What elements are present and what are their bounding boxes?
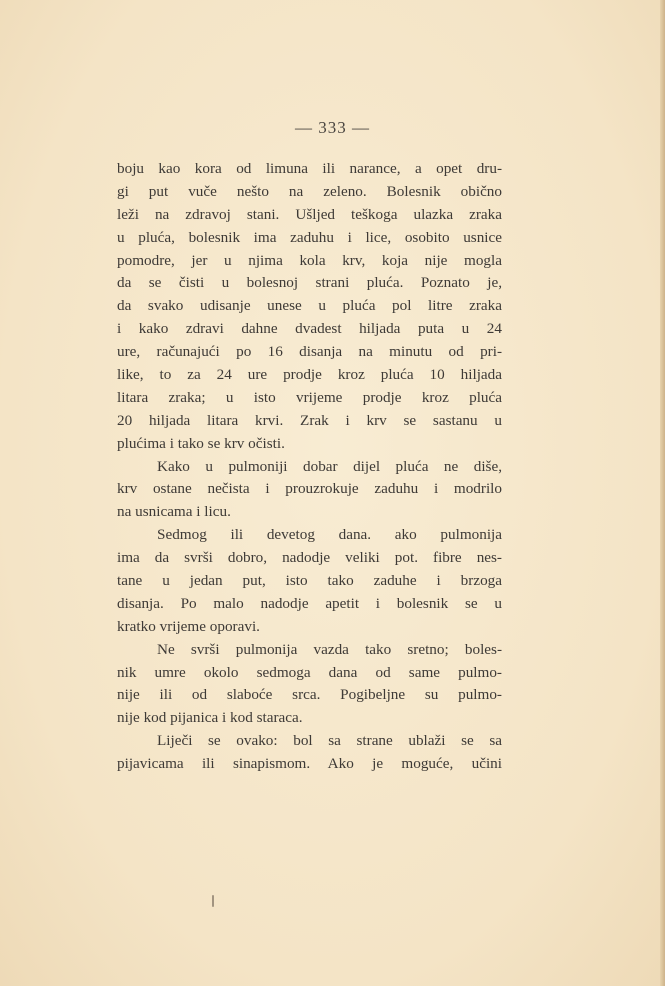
text-line: like, to za 24 ure prodje kroz pluća 10 …: [117, 364, 502, 387]
text-line: da se čisti u bolesnoj strani pluća. Poz…: [117, 272, 502, 295]
text-line: 20 hiljada litara krvi. Zrak i krv se sa…: [117, 410, 502, 433]
text-line: u pluća, bolesnik ima zaduhu i lice, oso…: [117, 227, 502, 250]
paragraph-3: Sedmog ili devetog dana. ako pulmonija i…: [117, 524, 502, 638]
text-line: Liječi se ovako: bol sa strane ublaži se…: [117, 730, 502, 753]
text-line: nije ili od slaboće srca. Pogibeljne su …: [117, 684, 502, 707]
ink-speck: [212, 895, 214, 907]
paragraph-1: boju kao kora od limuna ili narance, a o…: [117, 158, 502, 456]
text-line: i kako zdravi dahne dvadest hiljada puta…: [117, 318, 502, 341]
text-line: nije kod pijanica i kod staraca.: [117, 707, 502, 730]
text-line: ure, računajući po 16 disanja na minutu …: [117, 341, 502, 364]
paragraph-5: Liječi se ovako: bol sa strane ublaži se…: [117, 730, 502, 776]
paragraph-2: Kako u pulmoniji dobar dijel pluća ne di…: [117, 456, 502, 525]
text-line: Ne svrši pulmonija vazda tako sretno; bo…: [117, 639, 502, 662]
text-line: gi put vuče nešto na zeleno. Bolesnik ob…: [117, 181, 502, 204]
text-line: pijavicama ili sinapismom. Ako je moguće…: [117, 753, 502, 776]
text-line: na usnicama i licu.: [117, 501, 502, 524]
text-line: kratko vrijeme oporavi.: [117, 616, 502, 639]
text-line: tane u jedan put, isto tako zaduhe i brz…: [117, 570, 502, 593]
body-text: boju kao kora od limuna ili narance, a o…: [117, 158, 502, 776]
text-line: boju kao kora od limuna ili narance, a o…: [117, 158, 502, 181]
text-line: Kako u pulmoniji dobar dijel pluća ne di…: [117, 456, 502, 479]
text-line: plućima i tako se krv očisti.: [117, 433, 502, 456]
text-line: disanja. Po malo nadodje apetit i bolesn…: [117, 593, 502, 616]
text-line: ima da svrši dobro, nadodje veliki pot. …: [117, 547, 502, 570]
text-line: leži na zdravoj stani. Ušljed teškoga ul…: [117, 204, 502, 227]
text-line: da svako udisanje unese u pluća pol litr…: [117, 295, 502, 318]
text-line: krv ostane nečista i prouzrokuje zaduhu …: [117, 478, 502, 501]
text-line: Sedmog ili devetog dana. ako pulmonija: [117, 524, 502, 547]
page-number: — 333 —: [0, 118, 665, 138]
paragraph-4: Ne svrši pulmonija vazda tako sretno; bo…: [117, 639, 502, 731]
page-edge-shadow: [660, 0, 665, 986]
scanned-book-page: — 333 — boju kao kora od limuna ili nara…: [0, 0, 665, 986]
text-line: nik umre okolo sedmoga dana od same pulm…: [117, 662, 502, 685]
text-line: pomodre, jer u njima kola krv, koja nije…: [117, 250, 502, 273]
text-line: litara zraka; u isto vrijeme prodje kroz…: [117, 387, 502, 410]
